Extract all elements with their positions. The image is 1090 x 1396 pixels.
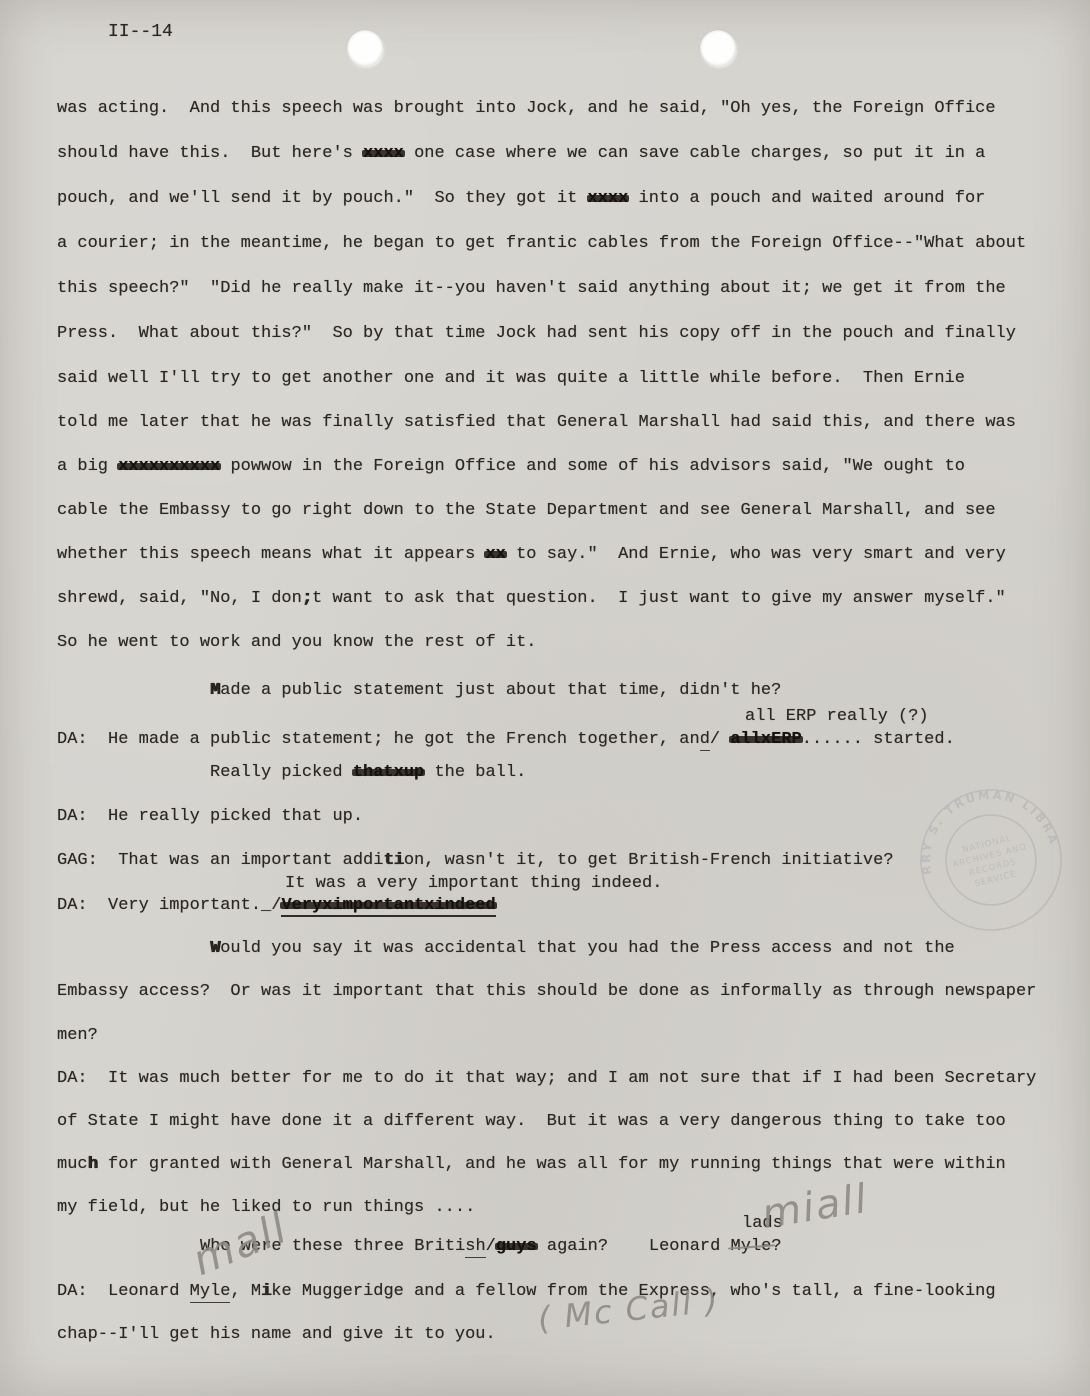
typed-segment: ade a public statement just about that t… [220, 681, 781, 700]
body-line: shrewd, said, "No, I don;t want to ask t… [57, 588, 1006, 609]
typed-segment: into a pouch and waited around for [628, 189, 985, 208]
typed-segment: / [710, 730, 730, 749]
body-line: whether this speech means what it appear… [57, 544, 1006, 565]
hole-punch [347, 30, 383, 66]
typed-segment: chap--I'll get his name and give it to y… [57, 1325, 496, 1344]
typed-segment: on, wasn't it, to get British-French ini… [404, 851, 894, 870]
typed-segment-u: d [700, 730, 710, 751]
body-line: a big xxxxxxxxxx powwow in the Foreign O… [57, 456, 965, 477]
typed-segment: a courier; in the meantime, he began to … [57, 234, 1026, 253]
body-line: a courier; in the meantime, he began to … [57, 233, 1026, 254]
truman-library-stamp: HARRY S. TRUMAN LIBRARY NATIONAL ARCHIVE… [898, 766, 1083, 954]
stamp-graphic: HARRY S. TRUMAN LIBRARY NATIONAL ARCHIVE… [898, 766, 1083, 954]
body-line: cable the Embassy to go right down to th… [57, 500, 996, 521]
typed-segment: So he went to work and you know the rest… [57, 633, 536, 652]
typed-segment-x: xx [485, 545, 505, 564]
typed-segment-x: thatxup [353, 763, 424, 782]
typed-segment: DA: He made a public statement; he got t… [57, 730, 700, 749]
body-line: this speech?" "Did he really make it--yo… [57, 278, 1006, 299]
body-line: Embassy access? Or was it important that… [57, 981, 1036, 1002]
typed-segment-ot: W [210, 939, 220, 958]
typed-segment-x: xxxx [363, 144, 404, 163]
insertion-line: It was a very important thing indeed. [285, 873, 662, 894]
typed-segment-x: xxxx [588, 189, 629, 208]
typed-segment-ot: h [88, 1155, 98, 1174]
typed-segment: DA: Leonard [57, 1282, 190, 1301]
typed-segment-ot: M [210, 681, 220, 700]
handwritten-annotation: miall [759, 1176, 872, 1238]
document-page: II--14 was acting. And this speech was b… [0, 0, 1090, 1396]
typed-segment: one case where we can save cable charges… [404, 144, 986, 163]
typed-segment: powwow in the Foreign Office and some of… [220, 457, 965, 476]
typed-segment: said well I'll try to get another one an… [57, 369, 965, 388]
da-line: DA: Leonard Myle, Mike Muggeridge and a … [57, 1281, 996, 1302]
body-line: So he went to work and you know the rest… [57, 632, 536, 653]
body-line: chap--I'll get his name and give it to y… [57, 1324, 496, 1345]
typed-segment: pouch, and we'll send it by pouch." So t… [57, 189, 588, 208]
typed-segment: the ball. [424, 763, 526, 782]
question-line: Would you say it was accidental that you… [210, 938, 955, 959]
da-line: DA: Very important._/Veryximportantxinde… [57, 895, 496, 916]
typed-segment-x: guys [496, 1237, 537, 1256]
typed-segment-ot: ti [383, 851, 403, 870]
body-line: said well I'll try to get another one an… [57, 368, 965, 389]
hole-punch [700, 30, 736, 66]
typed-segment-u: sh [465, 1237, 485, 1258]
body-line: was acting. And this speech was brought … [57, 98, 996, 119]
typed-segment: to say." And Ernie, who was very smart a… [506, 545, 1006, 564]
typed-segment: muc [57, 1155, 88, 1174]
question-line: Made a public statement just about that … [210, 680, 781, 701]
typed-segment: DA: It was much better for me to do it t… [57, 1069, 1036, 1088]
typed-segment-x: allxERP [730, 730, 801, 749]
typed-segment: DA: He really picked that up. [57, 807, 363, 826]
body-line: much for granted with General Marshall, … [57, 1154, 1006, 1175]
typed-segment: cable the Embassy to go right down to th… [57, 501, 996, 520]
typed-segment: GAG: That was an important addi [57, 851, 383, 870]
gag-line: GAG: That was an important addition, was… [57, 850, 894, 871]
page-number: II--14 [108, 22, 173, 44]
typed-segment: Embassy access? Or was it important that… [57, 982, 1036, 1001]
da-line: DA: He made a public statement; he got t… [57, 729, 955, 750]
typed-segment: this speech?" "Did he really make it--yo… [57, 279, 1006, 298]
typed-segment-u: Myle [190, 1282, 231, 1303]
typed-segment: shrewd, said, "No, I don [57, 589, 302, 608]
body-line: of State I might have done it a differen… [57, 1111, 1006, 1132]
typed-segment: all ERP really (?) [745, 707, 929, 726]
typed-segment-hs: Myle [731, 1237, 772, 1256]
body-line: Press. What about this?" So by that time… [57, 323, 1016, 344]
typed-segment: again? Leonard [537, 1237, 731, 1256]
typed-segment: , M [230, 1282, 261, 1301]
body-line: should have this. But here's xxxx one ca… [57, 143, 985, 164]
typed-segment: told me later that he was finally satisf… [57, 413, 1016, 432]
body-line: pouch, and we'll send it by pouch." So t… [57, 188, 985, 209]
typed-segment: _/ [261, 896, 281, 915]
question-line: Really picked thatxup the ball. [210, 762, 526, 783]
da-line: DA: He really picked that up. [57, 806, 363, 827]
typed-segment: should have this. But here's [57, 144, 363, 163]
insertion-line: all ERP really (?) [745, 706, 929, 727]
typed-segment: It was a very important thing indeed. [285, 874, 662, 893]
typed-segment-xu: Veryximportantxindeed [281, 896, 495, 917]
typed-segment: Really picked [210, 763, 353, 782]
typed-segment: a big [57, 457, 118, 476]
body-line: men? [57, 1025, 98, 1046]
typed-segment: for granted with General Marshall, and h… [98, 1155, 1006, 1174]
typed-segment: ould you say it was accidental that you … [220, 939, 955, 958]
typed-segment: whether this speech means what it appear… [57, 545, 485, 564]
typed-segment: t want to ask that question. I just want… [312, 589, 1006, 608]
typed-segment: ...... started. [802, 730, 955, 749]
typed-segment: Press. What about this?" So by that time… [57, 324, 1016, 343]
typed-segment-ot: ; [302, 589, 312, 608]
body-line: told me later that he was finally satisf… [57, 412, 1016, 433]
typed-segment: of State I might have done it a differen… [57, 1112, 1006, 1131]
typed-segment: was acting. And this speech was brought … [57, 99, 996, 118]
stamp-ring-text: HARRY S. TRUMAN LIBRARY [898, 766, 1061, 881]
typed-segment: men? [57, 1026, 98, 1045]
typed-segment: DA: Very important. [57, 896, 261, 915]
da-line: DA: It was much better for me to do it t… [57, 1068, 1036, 1089]
typed-segment-ot: i [261, 1282, 271, 1301]
typed-segment-x: xxxxxxxxxx [118, 457, 220, 476]
